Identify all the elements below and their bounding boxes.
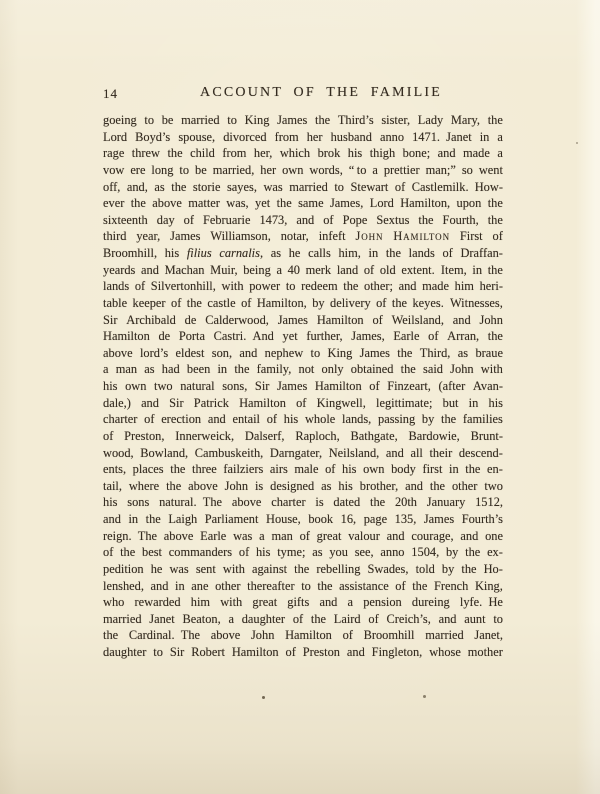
word: natural: [180, 378, 214, 395]
word: 16,: [341, 511, 357, 528]
word: brok: [318, 145, 341, 162]
word: of: [171, 295, 181, 312]
word: with: [220, 594, 242, 611]
word: prettier: [384, 162, 420, 179]
word: to: [301, 578, 311, 595]
word: the: [131, 195, 146, 212]
word: the: [488, 328, 503, 345]
word: off,: [103, 179, 120, 196]
word: Muir,: [210, 262, 237, 279]
word: valour: [348, 528, 380, 545]
text-line: thirdyear,JamesWilliamson,notar,infeftJo…: [103, 228, 503, 245]
word: yet: [255, 195, 270, 212]
word: upon: [457, 195, 482, 212]
text-line: HamiltondePortaCastri. Andyetfurther,Jam…: [103, 328, 503, 345]
text-line: hisowntwonaturalsons,SirJamesHamiltonofF…: [103, 378, 503, 395]
word: of: [493, 228, 503, 245]
word: Hamilton: [393, 228, 450, 245]
text-line: reign. TheaboveEarlewasamanofgreatvalour…: [103, 528, 503, 545]
word: Arran,: [447, 328, 479, 345]
word: his: [348, 145, 362, 162]
word: Hamilton,: [400, 195, 450, 212]
word: made: [422, 278, 449, 295]
word: Bowland,: [140, 445, 188, 462]
word: the: [401, 361, 416, 378]
word: whose: [429, 644, 461, 661]
text-line: goeingtobemarriedtoKingJamestheThird’ssi…: [103, 112, 503, 129]
word: to: [153, 644, 163, 661]
word: Hamilton,: [257, 295, 307, 312]
word: Silvertonhill,: [151, 278, 216, 295]
scan-speck: [423, 695, 426, 698]
word: his: [256, 544, 270, 561]
word: a: [497, 145, 503, 162]
word: de: [158, 328, 170, 345]
word: a: [259, 528, 265, 545]
word: Williamson,: [210, 228, 270, 245]
word: 1473,: [259, 212, 287, 229]
word: be: [195, 162, 207, 179]
word: the: [465, 544, 480, 561]
word: his: [489, 395, 503, 412]
word: family,: [257, 361, 292, 378]
word: yeards: [103, 262, 135, 279]
word: the: [370, 494, 385, 511]
word: castle: [207, 295, 235, 312]
word: book: [308, 511, 333, 528]
word: by: [446, 544, 458, 561]
word: vow: [103, 162, 124, 179]
word: you: [329, 544, 348, 561]
word: daughter: [103, 644, 146, 661]
word: as: [321, 478, 331, 495]
word: goeing: [103, 112, 137, 129]
word: own: [363, 461, 384, 478]
word: to: [144, 112, 154, 129]
text-line: yeardsandMachanMuir,beinga40merklandofol…: [103, 262, 503, 279]
word: dureing: [412, 594, 450, 611]
text-line: theCardinal. TheaboveJohnHamiltonofBroom…: [103, 627, 503, 644]
word: passing: [378, 411, 415, 428]
word: and: [141, 395, 159, 412]
word: sent: [196, 561, 216, 578]
word: and: [151, 578, 169, 595]
word: ever: [103, 195, 124, 212]
word: the: [465, 461, 480, 478]
text-line: LordBoyd’sspouse,divorcedfromherhusbanda…: [103, 129, 503, 146]
text-line: vowerelongtobemarried,herownwords,“ toap…: [103, 162, 503, 179]
word: of: [300, 528, 310, 545]
word: Laigh: [168, 511, 197, 528]
word: James: [424, 511, 454, 528]
scan-speck: [576, 142, 578, 144]
word: brother,: [360, 478, 398, 495]
word: thereafter: [247, 578, 294, 595]
text-line: charteroferectionandentailofhiswholeland…: [103, 411, 503, 428]
word: to: [311, 345, 321, 362]
word: airs: [270, 461, 288, 478]
word: ents,: [103, 461, 126, 478]
word: above: [152, 195, 182, 212]
word: natural. The: [159, 494, 222, 511]
word: be: [162, 112, 174, 129]
word: by: [422, 411, 434, 428]
word: erection: [161, 411, 201, 428]
word: places: [133, 461, 164, 478]
word: Janet: [149, 611, 174, 628]
word: in: [469, 395, 479, 412]
word: ex-: [487, 544, 503, 561]
word: said: [423, 361, 443, 378]
word: John: [355, 228, 383, 245]
word: his: [284, 411, 298, 428]
text-line: tail,wheretheaboveJohnisdesignedashisbro…: [103, 478, 503, 495]
word: Neilsland,: [329, 445, 380, 462]
text-line: ents,placesthethreefailziersairsmaleofhi…: [103, 461, 503, 478]
word: Februarie: [203, 212, 250, 229]
word: carnalis,: [219, 245, 263, 262]
word: as: [144, 361, 154, 378]
word: Fingleton,: [372, 644, 423, 661]
word: braue: [475, 345, 503, 362]
word: Broomhill: [364, 627, 415, 644]
word: of: [296, 395, 306, 412]
word: aunt: [464, 611, 485, 628]
word: Bardowie,: [409, 428, 460, 445]
word: page: [364, 511, 387, 528]
word: the: [488, 195, 503, 212]
word: keyes. Witnesses,: [412, 295, 502, 312]
word: spouse,: [178, 129, 215, 146]
word: above: [188, 478, 218, 495]
word: son,: [212, 345, 232, 362]
word: and: [103, 511, 121, 528]
word: courage,: [411, 528, 453, 545]
word: of: [428, 328, 438, 345]
word: Ho-: [484, 561, 503, 578]
word: calls: [308, 245, 331, 262]
word: of: [135, 278, 145, 295]
text-line: abovelord’seldestson,andnephewtoKingJame…: [103, 345, 503, 362]
word: en-: [487, 461, 503, 478]
word: Lord: [103, 129, 127, 146]
word: the: [418, 212, 433, 229]
word: and: [141, 262, 159, 279]
word: ane: [191, 578, 208, 595]
word: Lady: [418, 112, 443, 129]
word: pension: [363, 594, 402, 611]
word: delivery: [330, 295, 371, 312]
word: charter: [271, 494, 305, 511]
word: dale,): [103, 395, 131, 412]
word: own: [282, 162, 303, 179]
text-line: whorewardedhimwithgreatgiftsandapensiond…: [103, 594, 503, 611]
word: of: [368, 611, 378, 628]
word: was: [233, 528, 252, 545]
word: extent. Item,: [401, 262, 466, 279]
word: his: [103, 494, 117, 511]
word: assistance: [339, 578, 389, 595]
word: Beaton,: [183, 611, 221, 628]
word: failziers: [223, 461, 263, 478]
word: of: [241, 295, 251, 312]
word: against: [252, 561, 287, 578]
word: pedition: [103, 561, 144, 578]
word: two: [484, 478, 503, 495]
text-line: amanashadbeeninthefamily,notonlyobtained…: [103, 361, 503, 378]
word: Cardinal. The: [129, 627, 200, 644]
word: of: [293, 611, 303, 628]
word: reign. The: [103, 528, 157, 545]
word: lands: [103, 278, 129, 295]
word: tail,: [103, 478, 122, 495]
word: her: [307, 129, 323, 146]
word: the: [441, 411, 456, 428]
word: (after: [438, 378, 465, 395]
word: the: [412, 578, 427, 595]
word: Janet,: [474, 627, 503, 644]
word: and: [453, 312, 471, 329]
word: rebelling: [316, 561, 360, 578]
word: by: [442, 561, 454, 578]
text-line: lenshed,andinaneotherthereaftertotheassi…: [103, 578, 503, 595]
word: with: [222, 278, 244, 295]
running-header: ACCOUNT OF THE FAMILIE: [200, 85, 442, 101]
text-line: ofPreston,Innerweick,Dalserf,Raploch,Bat…: [103, 428, 503, 445]
word: other: [215, 578, 240, 595]
word: lord’s: [140, 345, 168, 362]
word: Swades,: [368, 561, 409, 578]
scan-speck: [262, 696, 265, 699]
word: the: [315, 112, 330, 129]
word: great: [252, 594, 277, 611]
word: body: [391, 461, 416, 478]
word: with: [223, 561, 245, 578]
word: a: [228, 611, 234, 628]
text-line: dale,)andSirPatrickHamiltonofKingwell,le…: [103, 395, 503, 412]
word: Preston: [303, 644, 340, 661]
word: own: [125, 378, 146, 395]
word: King: [245, 112, 270, 129]
word: to: [227, 112, 237, 129]
word: commanders: [169, 544, 232, 561]
word: husband: [331, 129, 372, 146]
word: other: [452, 478, 477, 495]
word: above: [164, 528, 194, 545]
word: best: [142, 544, 162, 561]
word: as: [154, 179, 164, 196]
word: Robert: [191, 644, 225, 661]
word: James: [277, 378, 307, 395]
word: James: [278, 312, 308, 329]
word: Sextus: [376, 212, 409, 229]
word: House,: [266, 511, 301, 528]
word: French: [434, 578, 468, 595]
word: Lord: [370, 195, 394, 212]
word: where: [129, 478, 159, 495]
word: 1471. Janet: [412, 129, 472, 146]
word: and: [347, 644, 365, 661]
word: the: [317, 578, 332, 595]
word: long: [151, 162, 173, 179]
word: anno: [380, 129, 404, 146]
word: third: [103, 228, 126, 245]
text-line: peditionhewassentwithagainsttherebelling…: [103, 561, 503, 578]
word: and: [399, 278, 417, 295]
word: in: [472, 262, 482, 279]
word: he: [151, 561, 163, 578]
word: 20th: [395, 494, 417, 511]
word: Earle: [393, 328, 419, 345]
word: Draffan-: [460, 245, 502, 262]
word: a: [372, 162, 378, 179]
word: and: [208, 411, 226, 428]
word: Sir: [169, 395, 183, 412]
word: James: [360, 345, 390, 362]
word: his: [165, 245, 179, 262]
text-line: marriedJanetBeaton,adaughteroftheLairdof…: [103, 611, 503, 628]
word: Broomhill,: [103, 245, 157, 262]
word: matter: [188, 195, 220, 212]
word: year,: [136, 228, 160, 245]
word: and: [405, 478, 423, 495]
word: from: [275, 129, 299, 146]
word: in: [480, 129, 490, 146]
word: the: [103, 627, 118, 644]
word: was: [263, 179, 282, 196]
text-line: andintheLaighParliamentHouse,book16,page…: [103, 511, 503, 528]
word: the: [430, 478, 445, 495]
word: the: [461, 561, 476, 578]
word: Darngater,: [270, 445, 322, 462]
word: Raploch,: [295, 428, 339, 445]
text-line: wood,Bowland,Cambuskeith,Darngater,Neils…: [103, 445, 503, 462]
word: Machan: [165, 262, 205, 279]
word: Mary,: [451, 112, 480, 129]
word: keeper: [133, 295, 166, 312]
word: the: [488, 212, 503, 229]
word: James,: [330, 195, 363, 212]
word: so: [462, 162, 473, 179]
word: gifts: [287, 594, 309, 611]
word: Patrick: [194, 395, 229, 412]
word: land: [337, 262, 358, 279]
word: day: [157, 212, 175, 229]
word: Dalserf,: [245, 428, 285, 445]
word: man;”: [426, 162, 456, 179]
word: who: [103, 594, 124, 611]
word: threw: [132, 145, 160, 162]
word: the: [146, 511, 161, 528]
word: as: [312, 544, 322, 561]
word: merk: [306, 262, 331, 279]
word: above: [232, 494, 262, 511]
word: the: [170, 461, 185, 478]
word: rage: [103, 145, 124, 162]
word: sister,: [381, 112, 410, 129]
word: sons,: [222, 378, 247, 395]
word: Fourth’s: [462, 511, 503, 528]
text-line: tablekeeperofthecastleofHamilton,bydeliv…: [103, 295, 503, 312]
word: in: [175, 578, 185, 595]
word: married: [181, 112, 220, 129]
word: rewarded: [135, 594, 181, 611]
word: the: [397, 345, 412, 362]
scanned-book-page: 14 ACCOUNT OF THE FAMILIE goeingtobemarr…: [0, 0, 600, 794]
word: mother: [468, 644, 503, 661]
word: of: [395, 578, 405, 595]
word: of: [442, 245, 452, 262]
word: the: [234, 361, 249, 378]
word: 135,: [395, 511, 417, 528]
word: nephew: [265, 345, 304, 362]
word: being: [243, 262, 271, 279]
word: of: [372, 312, 382, 329]
word: to: [179, 162, 189, 179]
word: of: [103, 428, 113, 445]
word: John: [225, 478, 248, 495]
word: their: [429, 445, 452, 462]
word: above: [103, 345, 133, 362]
word: see,: [355, 544, 374, 561]
word: de: [185, 312, 197, 329]
word: in: [128, 511, 138, 528]
word: the: [392, 295, 407, 312]
word: married: [289, 179, 328, 196]
word: was,: [226, 195, 248, 212]
word: of: [103, 544, 113, 561]
word: man: [116, 361, 137, 378]
word: but: [443, 395, 459, 412]
word: the: [166, 478, 181, 495]
word: him: [191, 594, 210, 611]
word: Hamilton: [317, 312, 364, 329]
word: King: [328, 345, 353, 362]
word: the: [277, 195, 292, 212]
word: Bathgate,: [351, 428, 398, 445]
text-line: off,and,asthestoriesayes,wasmarriedtoSte…: [103, 179, 503, 196]
word: married,: [213, 162, 255, 179]
word: of: [376, 295, 386, 312]
word: Sir: [170, 644, 184, 661]
word: lands,: [342, 411, 371, 428]
word: a: [348, 594, 354, 611]
word: sayes,: [227, 179, 257, 196]
word: her: [260, 162, 276, 179]
word: Innerweick,: [175, 428, 234, 445]
text-line: hissonsnatural. Theabovecharterisdatedth…: [103, 494, 503, 511]
word: as: [458, 345, 468, 362]
text-line: SirArchibalddeCalderwood,JamesHamiltonof…: [103, 312, 503, 329]
word: Hamilton: [239, 395, 286, 412]
word: first: [422, 461, 442, 478]
word: the: [343, 278, 358, 295]
word: from: [222, 145, 246, 162]
word: sons: [127, 494, 149, 511]
word: the: [167, 145, 182, 162]
word: in: [369, 245, 379, 262]
word: is: [315, 494, 323, 511]
word: Castlemilk. How-: [412, 179, 503, 196]
word: above: [211, 627, 241, 644]
word: Parliament: [205, 511, 259, 528]
word: his: [103, 378, 117, 395]
word: as: [271, 245, 281, 262]
word: sixteenth: [103, 212, 148, 229]
word: made: [463, 145, 490, 162]
word: her,: [254, 145, 272, 162]
word: Creich’s,: [386, 611, 430, 628]
